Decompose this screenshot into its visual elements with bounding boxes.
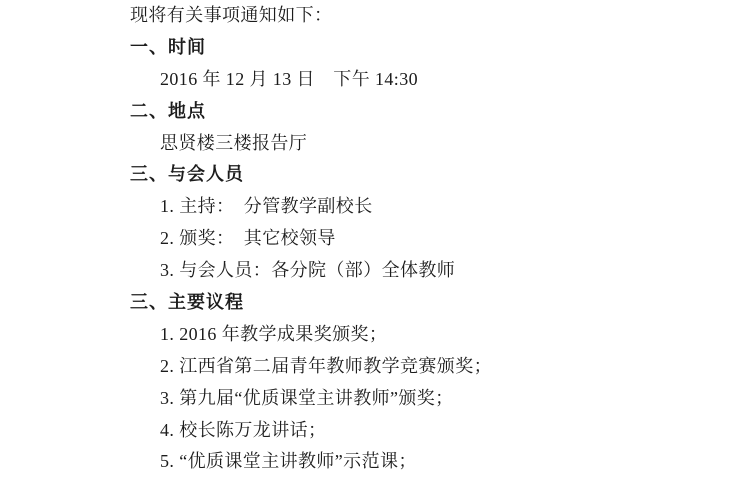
agenda-item: 4. 校长陈万龙讲话； [130, 415, 750, 447]
agenda-item: 3. 第九届“优质课堂主讲教师”颁奖； [130, 383, 750, 415]
section-heading-agenda: 三、主要议程 [130, 287, 750, 319]
section-heading-place: 二、地点 [130, 96, 750, 128]
agenda-item: 5. “优质课堂主讲教师”示范课； [130, 446, 750, 477]
attendee-item: 2. 颁奖： 其它校领导 [130, 223, 750, 255]
attendee-item: 3. 与会人员：各分院（部）全体教师 [130, 255, 750, 287]
attendee-item: 1. 主持： 分管教学副校长 [130, 191, 750, 223]
section-heading-time: 一、时间 [130, 32, 750, 64]
place-value: 思贤楼三楼报告厅 [130, 128, 750, 160]
notice-document-page: 现将有关事项通知如下： 一、时间 2016 年 12 月 13 日 下午 14:… [0, 0, 750, 477]
agenda-item: 2. 江西省第二届青年教师教学竞赛颁奖； [130, 351, 750, 383]
agenda-item: 1. 2016 年教学成果奖颁奖； [130, 319, 750, 351]
time-value: 2016 年 12 月 13 日 下午 14:30 [130, 64, 750, 96]
intro-line: 现将有关事项通知如下： [130, 0, 750, 32]
section-heading-attendees: 三、与会人员 [130, 159, 750, 191]
